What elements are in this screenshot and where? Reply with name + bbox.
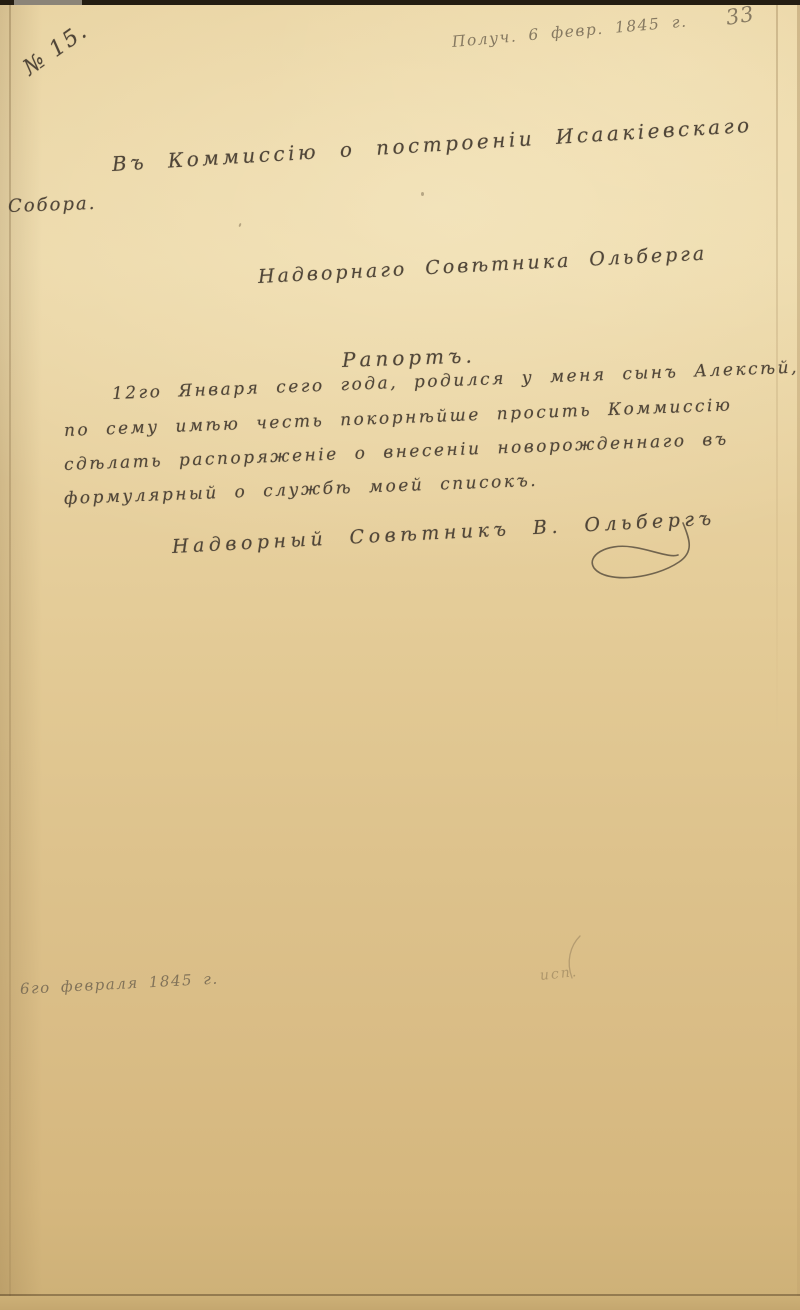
paper-background xyxy=(0,0,800,1310)
report-title: Рапортъ. xyxy=(342,343,477,372)
page-top-edge-highlight xyxy=(14,0,82,5)
page-top-edge xyxy=(0,0,800,5)
binding-edge xyxy=(0,0,5,1310)
manuscript-photo: 33 № 15. Получ. 6 февр. 1845 г. Въ Комми… xyxy=(0,0,800,1310)
folio-number: 33 xyxy=(724,2,756,30)
address-line-2: Собора. xyxy=(8,193,97,217)
signature-flourish xyxy=(582,520,707,610)
paper-speck xyxy=(421,192,424,196)
page-bottom-band xyxy=(0,1296,800,1310)
